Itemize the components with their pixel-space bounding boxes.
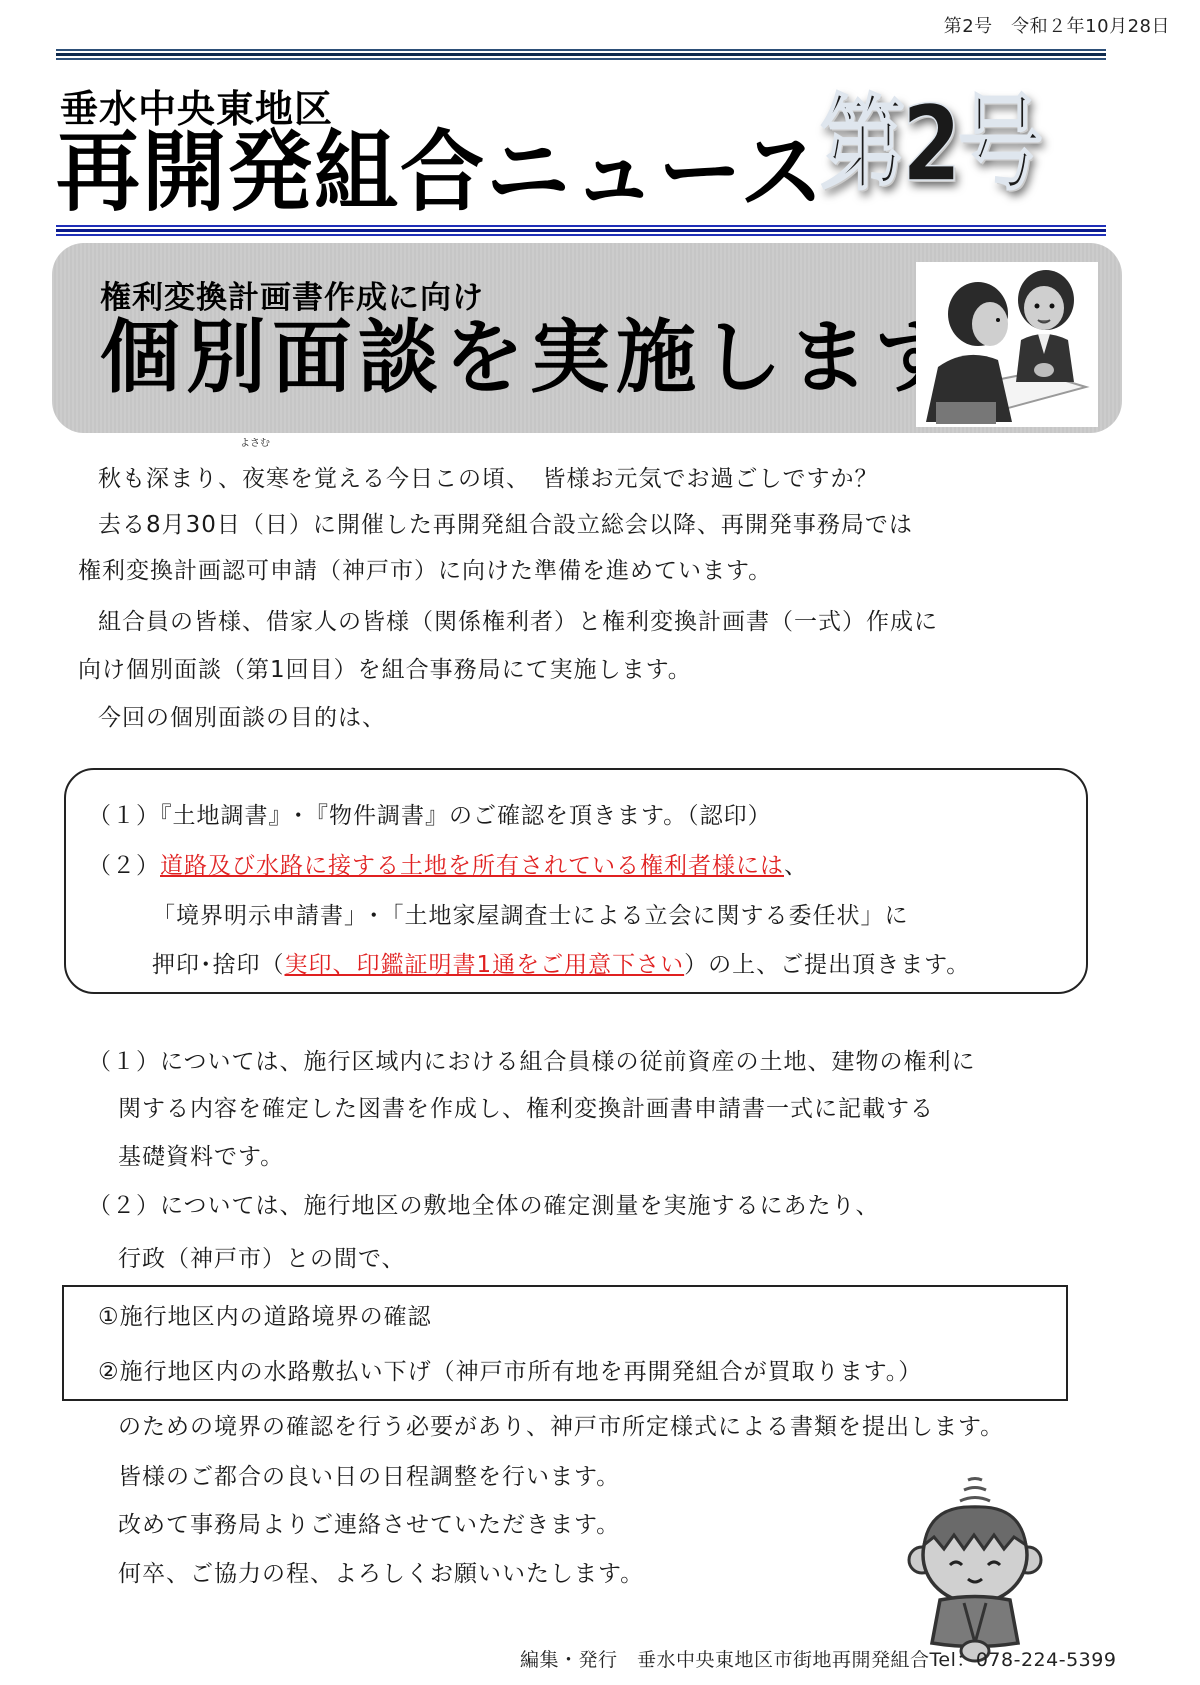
intro-line-5: 向け個別面談（第1回目）を組合事務局にて実施します。 <box>78 651 692 684</box>
explanation-line-5: 行政（神戸市）との間で、 <box>118 1240 406 1273</box>
explanation-line-2: 関する内容を確定した図書を作成し、権利変換計画書申請書一式に記載する <box>118 1090 934 1123</box>
closing-line-1: のための境界の確認を行う必要があり、神戸市所定様式による書類を提出します。 <box>118 1408 1004 1441</box>
issue-number-badge: 第2号 <box>820 92 1040 196</box>
publisher-footer: 編集・発行 垂水中央東地区市街地再開発組合Tel：078-224-5399 <box>520 1645 1116 1672</box>
purpose-item-2-number: （２） <box>88 853 160 879</box>
boundary-item-2: ②施行地区内の水路敷払い下げ（神戸市所有地を再開発組合が買取ります。） <box>98 1353 922 1386</box>
purpose-item-1: （１）『土地調書』･『物件調書』のご確認を頂きます。（認印） <box>88 797 772 830</box>
ruby-yosamu: よさむ <box>240 434 270 449</box>
purpose-line-3-prefix: 押印･捨印（ <box>152 952 285 978</box>
newsletter-title: 再開発組合ニュース <box>56 128 826 216</box>
banner-headline: 個別面談を実施します！ <box>100 318 1046 398</box>
purpose-item-2-line-3: 押印･捨印（実印、印鑑証明書1通をご用意下さい）の上、ご提出頂きます。 <box>152 946 970 979</box>
purpose-item-2-emphasis: 道路及び水路に接する土地を所有されている権利者様には <box>160 853 784 879</box>
purpose-item-2-punct: 、 <box>784 853 808 879</box>
header-rule-bottom <box>56 225 1106 236</box>
purpose-item-2-line-2: 「境界明示申請書」･「土地家屋調査士による立会に関する委任状」に <box>152 897 909 930</box>
explanation-line-3: 基礎資料です。 <box>118 1138 284 1171</box>
intro-line-1: 秋も深まり、夜寒を覚える今日この頃、 皆様お元気でお過ごしですか？ <box>98 460 879 493</box>
explanation-line-4: （２）については、施行地区の敷地全体の確定測量を実施するにあたり、 <box>88 1187 880 1220</box>
intro-line-6: 今回の個別面談の目的は、 <box>98 699 386 732</box>
closing-line-2: 皆様のご都合の良い日の日程調整を行います。 <box>118 1458 620 1491</box>
intro-line-3: 権利変換計画認可申請（神戸市）に向けた準備を進めています。 <box>78 552 772 585</box>
issue-date: 第2号 令和２年10月28日 <box>944 12 1170 38</box>
interview-meeting-illustration <box>916 262 1098 427</box>
explanation-line-1: （１）については、施行区域内における組合員様の従前資産の土地、建物の権利に <box>88 1043 976 1076</box>
closing-line-4: 何卒、ご協力の程、よろしくお願いいたします。 <box>118 1555 644 1588</box>
header-rule-top <box>56 49 1106 60</box>
bowing-boy-illustration <box>900 1475 1050 1665</box>
purpose-line-3-suffix: ）の上、ご提出頂きます。 <box>684 952 970 978</box>
purpose-line-3-emphasis: 実印、印鑑証明書1通をご用意下さい <box>285 952 685 978</box>
purpose-item-2: （２）道路及び水路に接する土地を所有されている権利者様には、 <box>88 847 808 880</box>
closing-line-3: 改めて事務局よりご連絡させていただきます。 <box>118 1506 620 1539</box>
boundary-item-1: ①施行地区内の道路境界の確認 <box>98 1298 432 1331</box>
intro-line-2: 去る8月30日（日）に開催した再開発組合設立総会以降、再開発事務局では <box>98 506 913 539</box>
intro-line-4: 組合員の皆様、借家人の皆様（関係権利者）と権利変換計画書（一式）作成に <box>98 603 938 636</box>
